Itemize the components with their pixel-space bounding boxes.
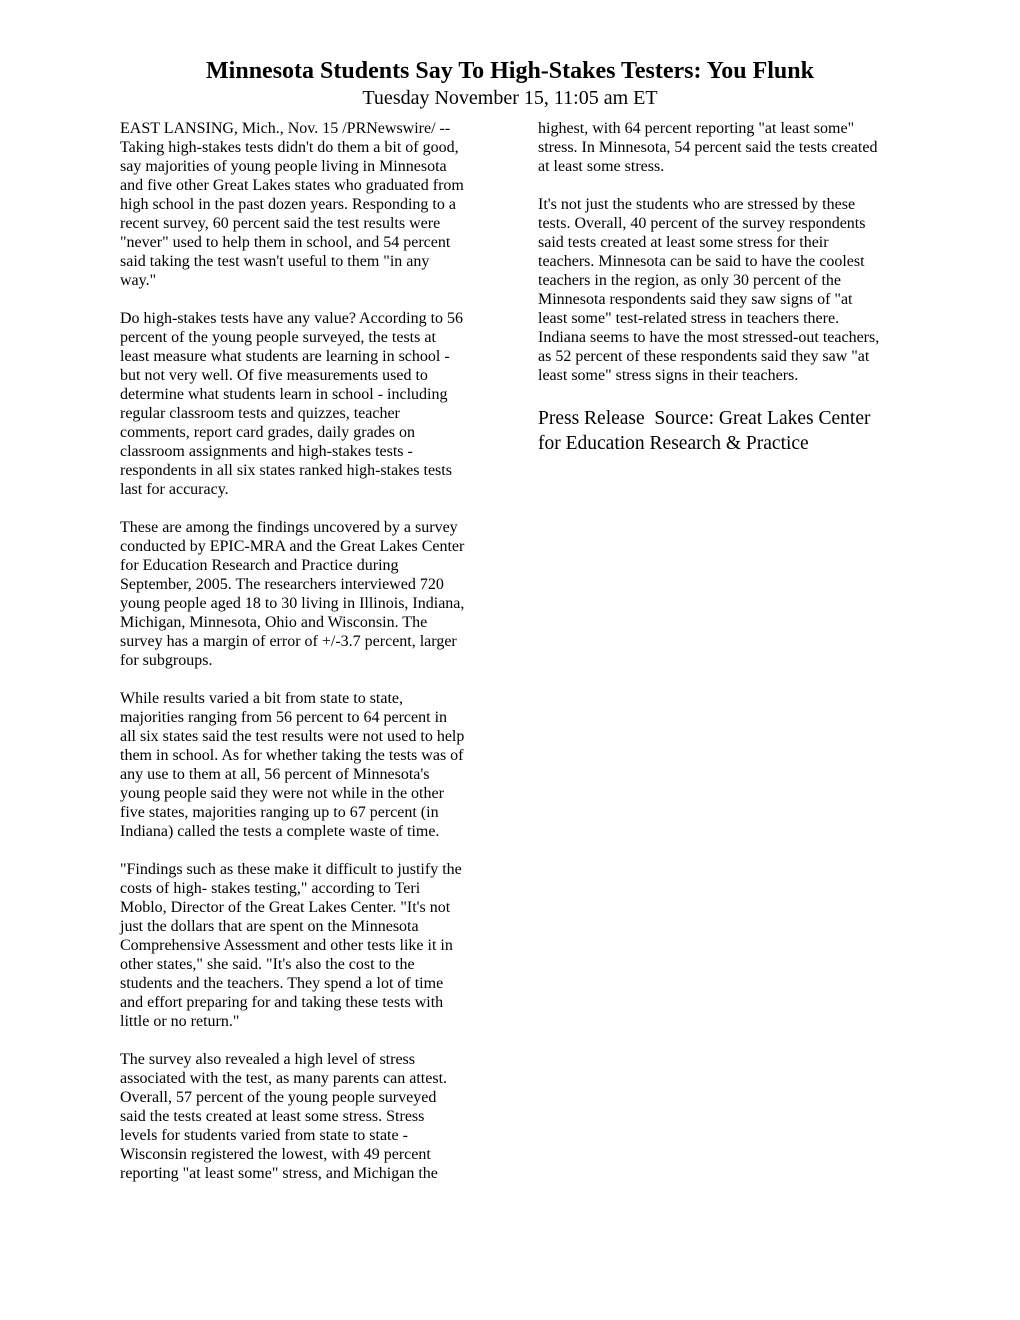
paragraph-stress-levels: The survey also revealed a high level of… <box>120 1050 560 1183</box>
left-column: EAST LANSING, Mich., Nov. 15 /PRNewswire… <box>120 119 560 1202</box>
source-line: Press Release Source: Great Lakes Center… <box>538 406 978 456</box>
paragraph-state-results: While results varied a bit from state to… <box>120 689 560 841</box>
article-dateline: Tuesday November 15, 11:05 am ET <box>0 86 1020 111</box>
paragraph-dateline-lead: EAST LANSING, Mich., Nov. 15 /PRNewswire… <box>120 119 560 290</box>
paragraph-test-value: Do high-stakes tests have any value? Acc… <box>120 309 560 499</box>
right-column: highest, with 64 percent reporting "at l… <box>538 119 978 475</box>
paragraph-stress-continued: highest, with 64 percent reporting "at l… <box>538 119 978 176</box>
paragraph-teacher-stress: It's not just the students who are stres… <box>538 195 978 385</box>
article-title: Minnesota Students Say To High-Stakes Te… <box>0 57 1020 85</box>
paragraph-moblo-quote: "Findings such as these make it difficul… <box>120 860 560 1031</box>
paragraph-survey-method: These are among the findings uncovered b… <box>120 518 560 670</box>
press-release-page: Minnesota Students Say To High-Stakes Te… <box>0 0 1020 1320</box>
